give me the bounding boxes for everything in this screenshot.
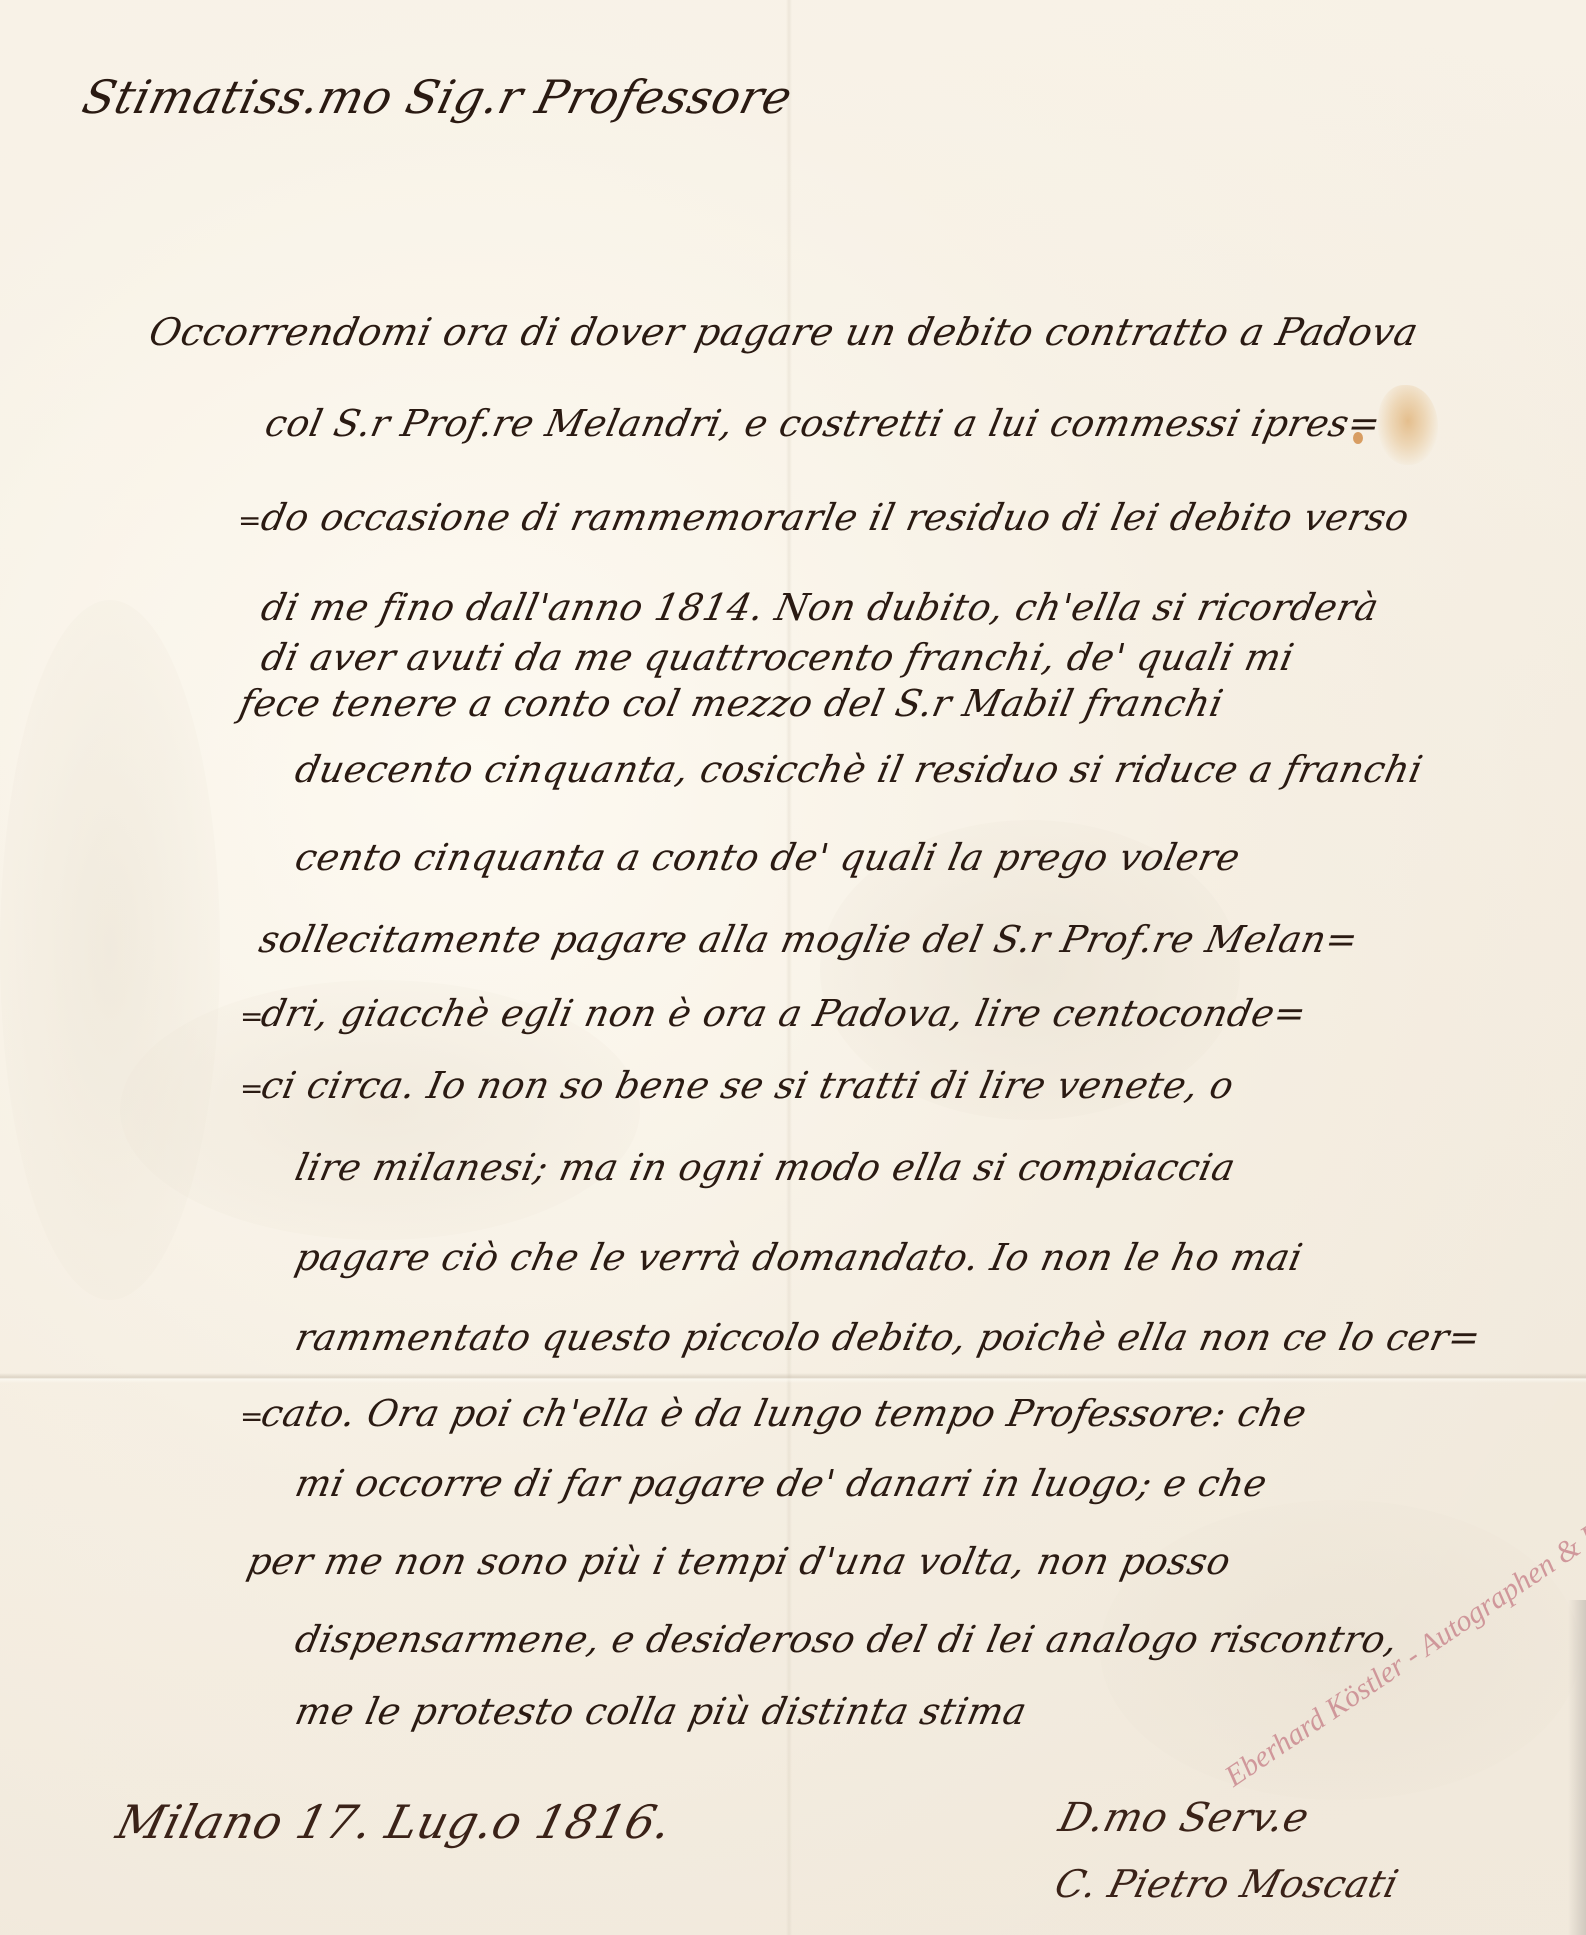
signature-name: C. Pietro Moscati bbox=[1051, 1862, 1404, 1906]
place-and-date: Milano 17. Lug.o 1816. bbox=[111, 1795, 677, 1849]
body-line: rammentato questo piccolo debito, poichè… bbox=[291, 1316, 1484, 1359]
body-line: duecento cinquanta, cosicchè il residuo … bbox=[291, 748, 1426, 791]
salutation: Stimatiss.mo Sig.r Professore bbox=[77, 70, 798, 124]
body-line: col S.r Prof.re Melandri, e costretti a … bbox=[261, 402, 1384, 445]
body-line: lire milanesi; ma in ogni modo ella si c… bbox=[291, 1146, 1239, 1189]
body-line: do occasione di rammemorarle il residuo … bbox=[257, 496, 1413, 539]
paper-edge-shadow bbox=[1568, 1600, 1586, 1935]
body-line: cento cinquanta a conto de' quali la pre… bbox=[291, 836, 1244, 879]
signature-formula: D.mo Serv.e bbox=[1054, 1795, 1314, 1841]
foxing-stain bbox=[1378, 385, 1438, 465]
body-line: ci circa. Io non so bene se si tratti di… bbox=[257, 1064, 1238, 1107]
letter-page: Stimatiss.mo Sig.r Professore Occorrendo… bbox=[0, 0, 1586, 1935]
body-line: per me non sono più i tempi d'una volta,… bbox=[243, 1540, 1234, 1583]
body-line: fece tenere a conto col mezzo del S.r Ma… bbox=[235, 682, 1227, 725]
paper-mottle bbox=[0, 600, 220, 1300]
body-line: dri, giacchè egli non è ora a Padova, li… bbox=[257, 992, 1310, 1035]
body-line: mi occorre di far pagare de' danari in l… bbox=[291, 1462, 1271, 1505]
body-line: me le protesto colla più distinta stima bbox=[291, 1690, 1030, 1733]
horizontal-fold-line bbox=[0, 1373, 1586, 1383]
body-line: pagare ciò che le verrà domandato. Io no… bbox=[291, 1236, 1306, 1279]
body-line: dispensarmene, e desideroso del di lei a… bbox=[291, 1618, 1402, 1661]
body-line: cato. Ora poi ch'ella è da lungo tempo P… bbox=[257, 1392, 1310, 1435]
body-line: Occorrendomi ora di dover pagare un debi… bbox=[145, 310, 1422, 354]
body-line: di aver avuti da me quattrocento franchi… bbox=[257, 636, 1297, 679]
body-line: sollecitamente pagare alla moglie del S.… bbox=[255, 918, 1362, 961]
body-line: di me fino dall'anno 1814. Non dubito, c… bbox=[257, 586, 1382, 629]
